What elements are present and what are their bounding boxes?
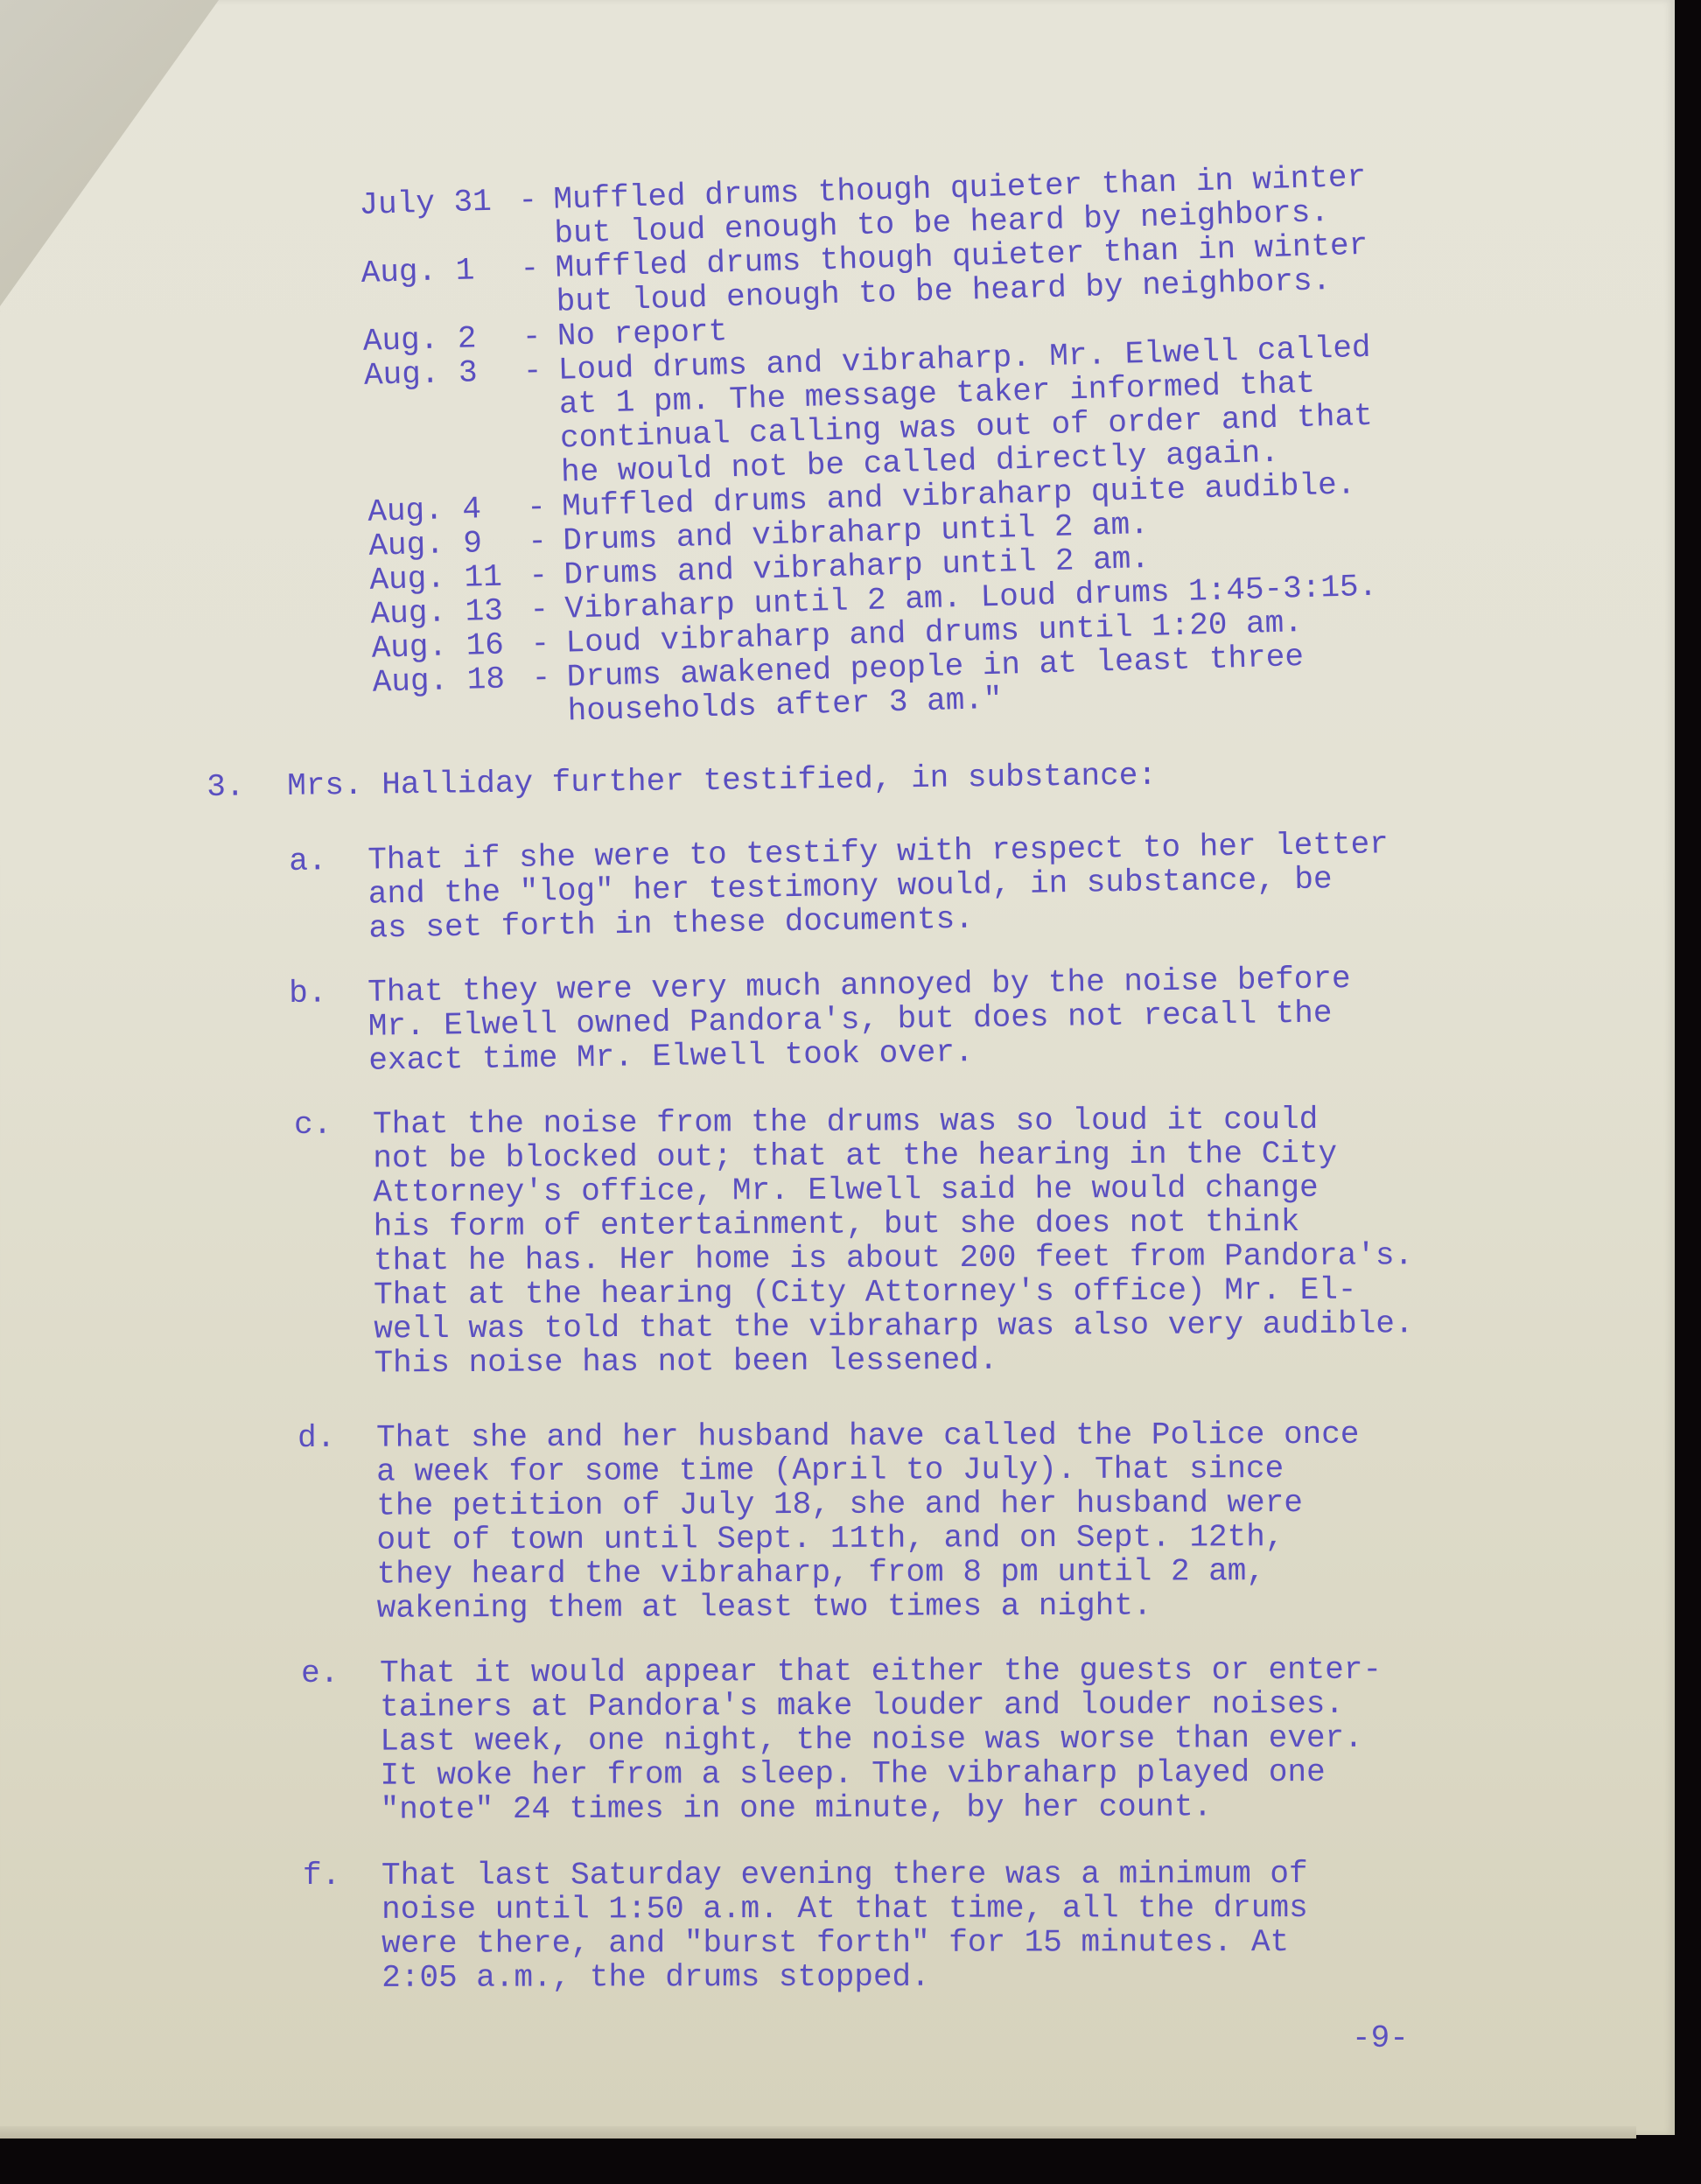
log-date: Aug. 2 [362,320,522,359]
testimony-item: b. That they were very much annoyed by t… [289,962,1352,1079]
section-heading-text: Mrs. Halliday further testified, in subs… [287,759,1157,803]
log-dash: - [528,558,564,593]
item-text: That if she were to testify with respect… [367,827,1389,945]
log-dash: - [522,353,558,388]
log-text: No report [556,314,727,353]
item-letter: d. [297,1421,377,1626]
section-number: 3. [206,769,287,804]
testimony-item: c. That the noise from the drums was so … [294,1102,1414,1381]
log-date: Aug. 16 [371,627,531,666]
noise-log: July 31 - Muffled drums though quieter t… [359,160,1381,734]
log-dash: - [520,251,556,286]
item-letter: c. [294,1108,374,1381]
item-text: That she and her husband have called the… [376,1417,1360,1626]
testimony-item: f. That last Saturday evening there was … [303,1857,1308,1995]
item-text: That last Saturday evening there was a m… [381,1857,1308,1995]
testimony-item: e. That it would appear that either the … [301,1653,1382,1827]
item-letter: b. [289,976,369,1079]
log-text: Loud drums and vibraharp. Mr. Elwell cal… [557,331,1374,490]
page-fold-edge [0,0,280,315]
item-letter: a. [289,843,369,947]
section-heading: 3. Mrs. Halliday further testified, in s… [206,759,1157,804]
log-dash: - [531,661,567,696]
log-dash: - [530,626,566,661]
item-letter: f. [303,1858,381,1995]
log-date: Aug. 13 [370,593,530,632]
log-dash: - [518,183,554,218]
log-date: Aug. 9 [368,525,528,563]
log-date: Aug. 11 [369,559,529,598]
document-page: July 31 - Muffled drums though quieter t… [0,0,1675,2135]
page-stack-edge [0,2126,1636,2138]
log-date: Aug. 1 [360,252,521,290]
log-date: Aug. 4 [367,491,528,529]
log-date: Aug. 3 [363,354,523,393]
item-text: That it would appear that either the gue… [380,1653,1382,1827]
log-date: Aug. 18 [372,661,532,700]
page-number: -9- [1352,2021,1409,2055]
log-date: July 31 [359,184,519,222]
log-dash: - [527,490,563,525]
item-text: That the noise from the drums was so lou… [373,1102,1414,1380]
item-letter: e. [301,1656,381,1827]
log-dash: - [529,592,565,627]
testimony-item: d. That she and her husband have called … [297,1417,1360,1626]
item-text: That they were very much annoyed by the … [367,962,1352,1078]
testimony-item: a. That if she were to testify with resp… [289,827,1389,947]
log-dash: - [521,319,557,354]
log-dash: - [528,524,563,559]
